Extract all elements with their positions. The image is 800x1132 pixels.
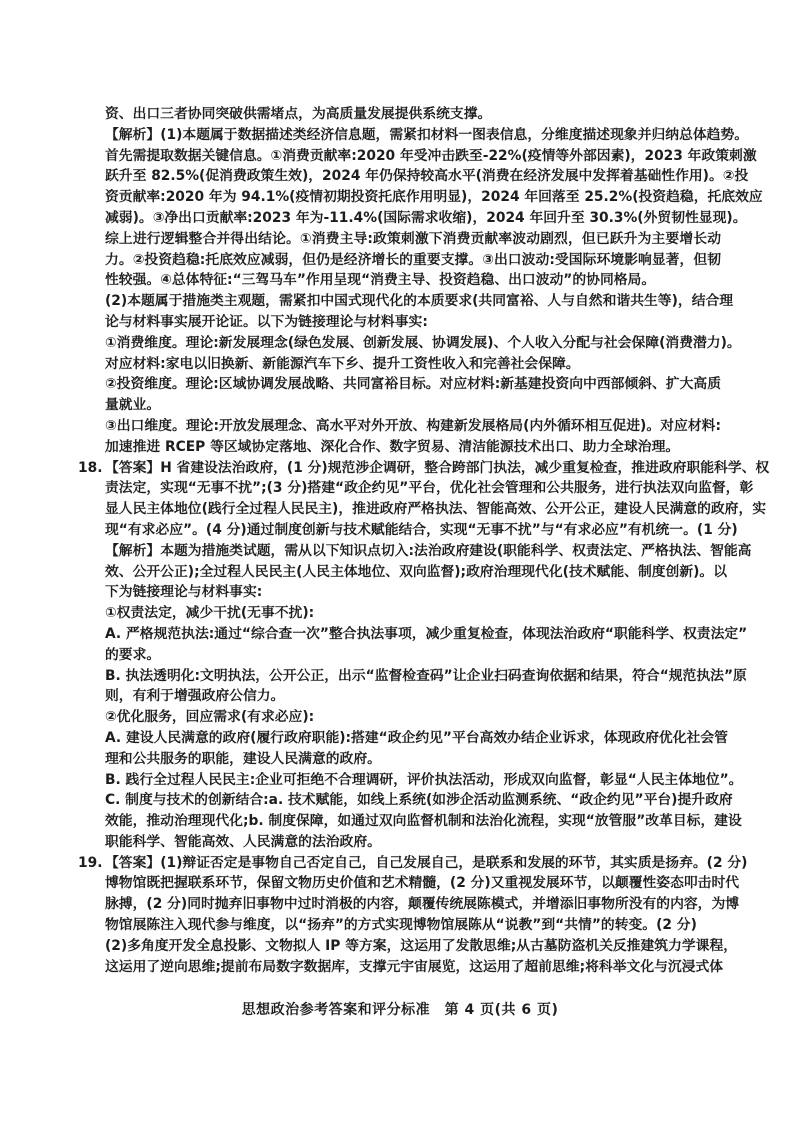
line-text: 效、公开公正);全过程人民民主(人民主体地位、双向监督);政府治理现代化(技术赋… xyxy=(105,564,727,580)
line-text: 力。②投资趋稳:托底效应减弱，但仍是经济增长的重要支撑。③出口波动:受国际环境影… xyxy=(105,252,721,268)
line-text: B. 执法透明化:文明执法，公开公正，出示“监督检查码”让企业扫码查询依据和结果… xyxy=(105,668,747,684)
text-line: 职能科学、智能高效、人民满意的法治政府。 xyxy=(105,832,721,853)
text-line: 19.【答案】(1)辩证否定是事物自己否定自己，自己发展自己，是联系和发展的环节… xyxy=(105,853,721,874)
line-text: A. 建设人民满意的政府(履行政府职能):搭建“政企约见”平台高效办结企业诉求，… xyxy=(105,730,728,746)
line-text: ①消费维度。理论:新发展理念(绿色发展、创新发展、协调发展)、个人收入分配与社会… xyxy=(105,335,741,351)
text-line: (2)多角度开发全息投影、文物拟人 IP 等方案，这运用了发散思维;从古墓防盗机… xyxy=(105,936,721,957)
text-line: 【解析】(1)本题属于数据描述类经济信息题，需紧扣材料一图表信息，分维度描述现象… xyxy=(105,125,721,146)
line-text: 效能，推动治理现代化;b. 制度保障，如通过双向监督机制和法治化流程，实现“放管… xyxy=(105,813,742,829)
line-text: 对应材料:家电以旧换新、新能源汽车下乡、提升工资性收入和完善社会保障。 xyxy=(105,356,580,372)
line-text: 论与材料事实展开论证。以下为链接理论与材料事实: xyxy=(105,314,428,330)
line-text: 的要求。 xyxy=(105,647,160,663)
text-line: ②优化服务，回应需求(有求必应): xyxy=(105,707,721,728)
text-line: 下为链接理论与材料事实: xyxy=(105,582,721,603)
line-text: 理和公共服务的职能，建设人民满意的政府。 xyxy=(105,751,381,767)
section-marker: 【解析】 xyxy=(105,127,160,143)
text-line: 现“有求必应”。(4 分)通过制度创新与技术赋能结合，实现“无事不扰”与“有求必… xyxy=(105,520,721,541)
text-line: 脉搏，(2 分)同时抛弃旧事物中过时消极的内容，颠覆传统展陈模式，并增添旧事物所… xyxy=(105,894,721,915)
line-text: 本题为措施类试题，需从以下知识点切入:法治政府建设(职能科学、权责法定、严格执法… xyxy=(160,543,751,559)
text-line: 物馆展陈注入现代参与维度，以“扬弃”的方式实现博物馆展陈从“说教”到“共情”的转… xyxy=(105,915,721,936)
line-text: 首先需提取数据关键信息。①消费贡献率:2020 年受冲击跌至-22%(疫情等外部… xyxy=(105,148,757,164)
text-line: 效、公开公正);全过程人民民主(人民主体地位、双向监督);政府治理现代化(技术赋… xyxy=(105,562,721,583)
line-text: 跃升至 82.5%(促消费政策生效)，2024 年仍保持较高水平(消费在经济发展… xyxy=(105,168,748,184)
line-text: ②投资维度。理论:区域协调发展战略、共同富裕目标。对应材料:新基建投资向中西部倾… xyxy=(105,376,721,392)
item-number: 19. xyxy=(78,853,102,874)
document-page: 资、出口三者协同突破供需堵点，为高质量发展提供系统支撑。【解析】(1)本题属于数… xyxy=(0,0,800,1132)
line-text: B. 践行全过程人民民主:企业可拒绝不合理调研，评价执法活动，形成双向监督，彰显… xyxy=(105,772,742,788)
text-line: ③出口维度。理论:开放发展理念、高水平对外开放、构建新发展格局(内外循环相互促进… xyxy=(105,416,721,437)
text-line: 责法定，实现“无事不扰”;(3 分)搭建“政企约见”平台，优化社会管理和公共服务… xyxy=(105,478,721,499)
line-text: 这运用了逆向思维;提前布局数字数据库，支撑元宇宙展览，这运用了超前思维;将科举文… xyxy=(105,959,723,975)
line-text: C. 制度与技术的创新结合:a. 技术赋能，如线上系统(如涉企活动监测系统、“政… xyxy=(105,792,733,808)
line-text: 职能科学、智能高效、人民满意的法治政府。 xyxy=(105,834,381,850)
text-line: C. 制度与技术的创新结合:a. 技术赋能，如线上系统(如涉企活动监测系统、“政… xyxy=(105,790,721,811)
text-line: 论与材料事实展开论证。以下为链接理论与材料事实: xyxy=(105,312,721,333)
page-footer: 思想政治参考答案和评分标准 第 4 页(共 6 页) xyxy=(0,999,800,1019)
text-line: 资贡献率:2020 年为 94.1%(疫情初期投资托底作用明显)，2024 年回… xyxy=(105,187,721,208)
line-text: 减弱)。③净出口贡献率:2023 年为-11.4%(国际需求收缩)，2024 年… xyxy=(105,210,747,226)
line-text: ②优化服务，回应需求(有求必应): xyxy=(105,709,314,725)
line-text: 资、出口三者协同突破供需堵点，为高质量发展提供系统支撑。 xyxy=(105,106,491,122)
text-line: 显人民主体地位(践行全过程人民民主)，推进政府严格执法、智能高效、公开公正，建设… xyxy=(105,499,721,520)
text-line: 资、出口三者协同突破供需堵点，为高质量发展提供系统支撑。 xyxy=(105,104,721,125)
text-line: 则，有利于增强政府公信力。 xyxy=(105,686,721,707)
answer-text-block: 资、出口三者协同突破供需堵点，为高质量发展提供系统支撑。【解析】(1)本题属于数… xyxy=(105,104,721,977)
section-marker: 【答案】 xyxy=(105,460,160,476)
text-line: A. 建设人民满意的政府(履行政府职能):搭建“政企约见”平台高效办结企业诉求，… xyxy=(105,728,721,749)
text-line: B. 践行全过程人民民主:企业可拒绝不合理调研，评价执法活动，形成双向监督，彰显… xyxy=(105,770,721,791)
text-line: A. 严格规范执法:通过“综合查一次”整合执法事项，减少重复检查，体现法治政府“… xyxy=(105,624,721,645)
text-line: 加速推进 RCEP 等区域协定落地、深化合作、数字贸易、清洁能源技术出口、助力全… xyxy=(105,437,721,458)
line-text: 物馆展陈注入现代参与维度，以“扬弃”的方式实现博物馆展陈从“说教”到“共情”的转… xyxy=(105,917,697,933)
line-text: 脉搏，(2 分)同时抛弃旧事物中过时消极的内容，颠覆传统展陈模式，并增添旧事物所… xyxy=(105,896,739,912)
item-number: 18. xyxy=(78,458,102,479)
text-line: ①权责法定，减少干扰(无事不扰): xyxy=(105,603,721,624)
line-text: 加速推进 RCEP 等区域协定落地、深化合作、数字贸易、清洁能源技术出口、助力全… xyxy=(105,439,679,455)
text-line: 这运用了逆向思维;提前布局数字数据库，支撑元宇宙展览，这运用了超前思维;将科举文… xyxy=(105,957,721,978)
section-marker: 【解析】 xyxy=(105,543,160,559)
section-marker: 【答案】 xyxy=(105,855,160,871)
text-line: 对应材料:家电以旧换新、新能源汽车下乡、提升工资性收入和完善社会保障。 xyxy=(105,354,721,375)
text-line: 【解析】本题为措施类试题，需从以下知识点切入:法治政府建设(职能科学、权责法定、… xyxy=(105,541,721,562)
line-text: 显人民主体地位(践行全过程人民民主)，推进政府严格执法、智能高效、公开公正，建设… xyxy=(105,501,766,517)
text-line: 首先需提取数据关键信息。①消费贡献率:2020 年受冲击跌至-22%(疫情等外部… xyxy=(105,146,721,167)
text-line: 理和公共服务的职能，建设人民满意的政府。 xyxy=(105,749,721,770)
line-text: ①权责法定，减少干扰(无事不扰): xyxy=(105,605,314,621)
line-text: 性较强。④总体特征:“三驾马车”作用呈现“消费主导、投资趋稳、出口波动”的协同格… xyxy=(105,272,655,288)
line-text: 博物馆既把握联系环节，保留文物历史价值和艺术精髓，(2 分)又重视发展环节，以颠… xyxy=(105,875,739,891)
line-text: 综上进行逻辑整合并得出结论。①消费主导:政策刺激下消费贡献率波动剧烈，但已跃升为… xyxy=(105,231,721,247)
line-text: (2)本题属于措施类主观题，需紧扣中国式现代化的本质要求(共同富裕、人与自然和谐… xyxy=(105,293,733,309)
text-line: (2)本题属于措施类主观题，需紧扣中国式现代化的本质要求(共同富裕、人与自然和谐… xyxy=(105,291,721,312)
line-text: H 省建设法治政府，(1 分)规范涉企调研，整合跨部门执法，减少重复检查，推进政… xyxy=(160,460,769,476)
text-line: 量就业。 xyxy=(105,395,721,416)
text-line: 的要求。 xyxy=(105,645,721,666)
line-text: ③出口维度。理论:开放发展理念、高水平对外开放、构建新发展格局(内外循环相互促进… xyxy=(105,418,721,434)
text-line: ②投资维度。理论:区域协调发展战略、共同富裕目标。对应材料:新基建投资向中西部倾… xyxy=(105,374,721,395)
text-line: 减弱)。③净出口贡献率:2023 年为-11.4%(国际需求收缩)，2024 年… xyxy=(105,208,721,229)
line-text: 责法定，实现“无事不扰”;(3 分)搭建“政企约见”平台，优化社会管理和公共服务… xyxy=(105,480,753,496)
line-text: 资贡献率:2020 年为 94.1%(疫情初期投资托底作用明显)，2024 年回… xyxy=(105,189,763,205)
text-line: 18.【答案】H 省建设法治政府，(1 分)规范涉企调研，整合跨部门执法，减少重… xyxy=(105,458,721,479)
line-text: 则，有利于增强政府公信力。 xyxy=(105,688,284,704)
line-text: 下为链接理论与材料事实: xyxy=(105,584,262,600)
text-line: 性较强。④总体特征:“三驾马车”作用呈现“消费主导、投资趋稳、出口波动”的协同格… xyxy=(105,270,721,291)
text-line: 跃升至 82.5%(促消费政策生效)，2024 年仍保持较高水平(消费在经济发展… xyxy=(105,166,721,187)
text-line: 效能，推动治理现代化;b. 制度保障，如通过双向监督机制和法治化流程，实现“放管… xyxy=(105,811,721,832)
text-line: 力。②投资趋稳:托底效应减弱，但仍是经济增长的重要支撑。③出口波动:受国际环境影… xyxy=(105,250,721,271)
text-line: ①消费维度。理论:新发展理念(绿色发展、创新发展、协调发展)、个人收入分配与社会… xyxy=(105,333,721,354)
line-text: (1)本题属于数据描述类经济信息题，需紧扣材料一图表信息，分维度描述现象并归纳总… xyxy=(160,127,748,143)
line-text: 量就业。 xyxy=(105,397,160,413)
line-text: 现“有求必应”。(4 分)通过制度创新与技术赋能结合，实现“无事不扰”与“有求必… xyxy=(105,522,738,538)
text-line: 博物馆既把握联系环节，保留文物历史价值和艺术精髓，(2 分)又重视发展环节，以颠… xyxy=(105,873,721,894)
line-text: (1)辩证否定是事物自己否定自己，自己发展自己，是联系和发展的环节，其实质是扬弃… xyxy=(160,855,747,871)
line-text: A. 严格规范执法:通过“综合查一次”整合执法事项，减少重复检查，体现法治政府“… xyxy=(105,626,747,642)
text-line: B. 执法透明化:文明执法，公开公正，出示“监督检查码”让企业扫码查询依据和结果… xyxy=(105,666,721,687)
line-text: (2)多角度开发全息投影、文物拟人 IP 等方案，这运用了发散思维;从古墓防盗机… xyxy=(105,938,737,954)
text-line: 综上进行逻辑整合并得出结论。①消费主导:政策刺激下消费贡献率波动剧烈，但已跃升为… xyxy=(105,229,721,250)
